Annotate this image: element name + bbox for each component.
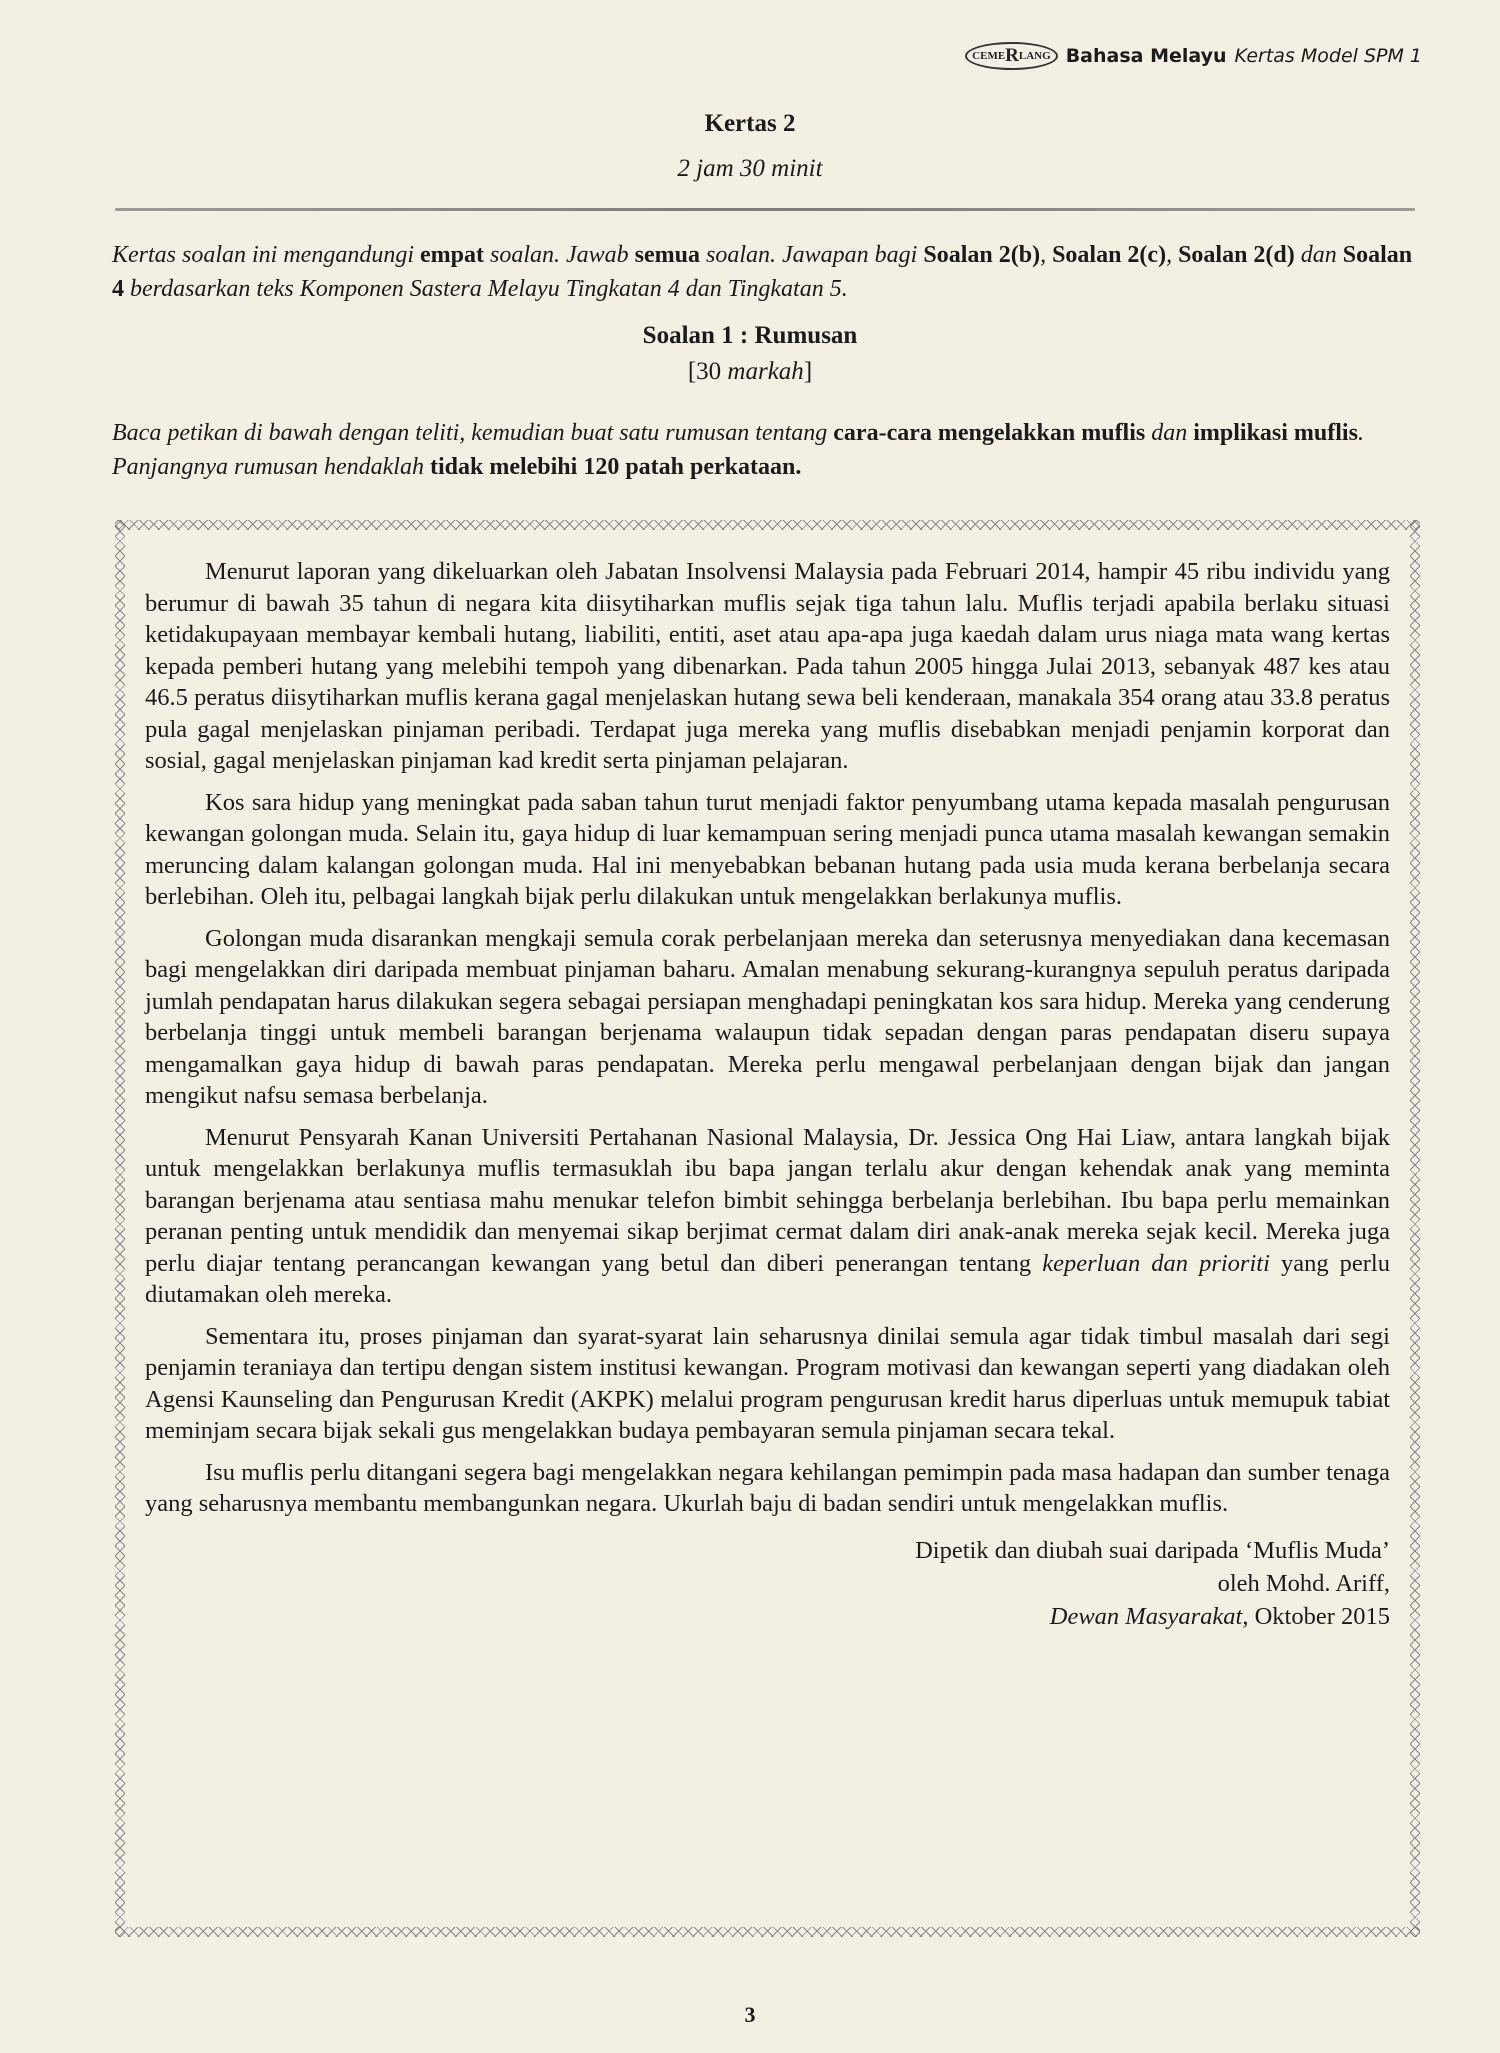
question-marks: [30 markah] (0, 358, 1500, 386)
decorative-border-top (115, 520, 1420, 530)
question-task: Baca petikan di bawah dengan teliti, kem… (112, 416, 1427, 484)
logo-suffix: LANG (1019, 50, 1051, 62)
passage-source: Dipetik dan diubah suai daripada ‘Muflis… (145, 1534, 1390, 1633)
decorative-border-left (115, 520, 125, 1937)
task-bold: cara-cara mengelakkan muflis (833, 420, 1145, 446)
instr-bold: empat (420, 242, 484, 268)
task-bold: tidak melebihi 120 patah perkataan. (430, 454, 801, 480)
question-title: Soalan 1 : Rumusan (0, 322, 1500, 350)
instr-bold: Soalan 2(d) (1178, 242, 1295, 268)
instr-bold: Soalan 2(b) (923, 242, 1040, 268)
instr-text: soalan. Jawapan bagi (700, 242, 923, 268)
instr-bold: Soalan 2(c) (1052, 242, 1166, 268)
instr-text: Kertas soalan ini mengandungi (112, 242, 420, 268)
task-text: Baca petikan di bawah dengan teliti, kem… (112, 420, 833, 446)
instr-text: berdasarkan teks Komponen Sastera Melayu… (124, 276, 848, 302)
model-label: Kertas Model SPM 1 (1235, 45, 1422, 67)
passage-paragraph-3: Golongan muda disarankan mengkaji semula… (145, 923, 1390, 1112)
paper-title: Kertas 2 (0, 110, 1500, 138)
general-instructions: Kertas soalan ini mengandungi empat soal… (112, 238, 1422, 306)
source-publication: Dewan Masyarakat (1050, 1603, 1243, 1630)
instr-text: , (1166, 242, 1178, 268)
decorative-border-right (1410, 520, 1420, 1937)
task-text: dan (1145, 420, 1193, 446)
passage-paragraph-4: Menurut Pensyarah Kanan Universiti Perta… (145, 1122, 1390, 1311)
running-header: CEMERLANG Bahasa Melayu Kertas Model SPM… (965, 42, 1422, 70)
passage-paragraph-6: Isu muflis perlu ditangani segera bagi m… (145, 1457, 1390, 1520)
instr-text: dan (1295, 242, 1343, 268)
passage-frame: Menurut laporan yang dikeluarkan oleh Ja… (115, 520, 1420, 1937)
passage-paragraph-2: Kos sara hidup yang meningkat pada saban… (145, 787, 1390, 913)
subject-title: Bahasa Melayu (1066, 45, 1227, 67)
instr-text: soalan. Jawab (484, 242, 635, 268)
marks-open: [30 (688, 358, 728, 385)
page-number: 3 (0, 2002, 1500, 2028)
instr-text: , (1040, 242, 1052, 268)
logo-prefix: CEME (972, 50, 1005, 62)
task-bold: implikasi muflis (1193, 420, 1358, 446)
logo-letter: R (1005, 45, 1019, 67)
source-line-3: Dewan Masyarakat, Oktober 2015 (145, 1600, 1390, 1633)
instr-bold: semua (635, 242, 700, 268)
cemerlang-logo: CEMERLANG (965, 42, 1058, 70)
passage-paragraph-1: Menurut laporan yang dikeluarkan oleh Ja… (145, 556, 1390, 777)
paper-duration: 2 jam 30 minit (0, 155, 1500, 183)
decorative-border-bottom (115, 1927, 1420, 1937)
source-line-1: Dipetik dan diubah suai daripada ‘Muflis… (145, 1534, 1390, 1567)
header-divider (115, 208, 1415, 211)
source-date: , Oktober 2015 (1242, 1603, 1390, 1630)
passage: Menurut laporan yang dikeluarkan oleh Ja… (145, 556, 1390, 1633)
passage-paragraph-5: Sementara itu, proses pinjaman dan syara… (145, 1321, 1390, 1447)
duration-text: 2 jam 30 minit (677, 155, 822, 182)
marks-close: ] (804, 358, 812, 385)
p4-italic: keperluan dan prioriti (1042, 1250, 1270, 1277)
marks-word: markah (727, 358, 803, 385)
source-line-2: oleh Mohd. Ariff, (145, 1567, 1390, 1600)
